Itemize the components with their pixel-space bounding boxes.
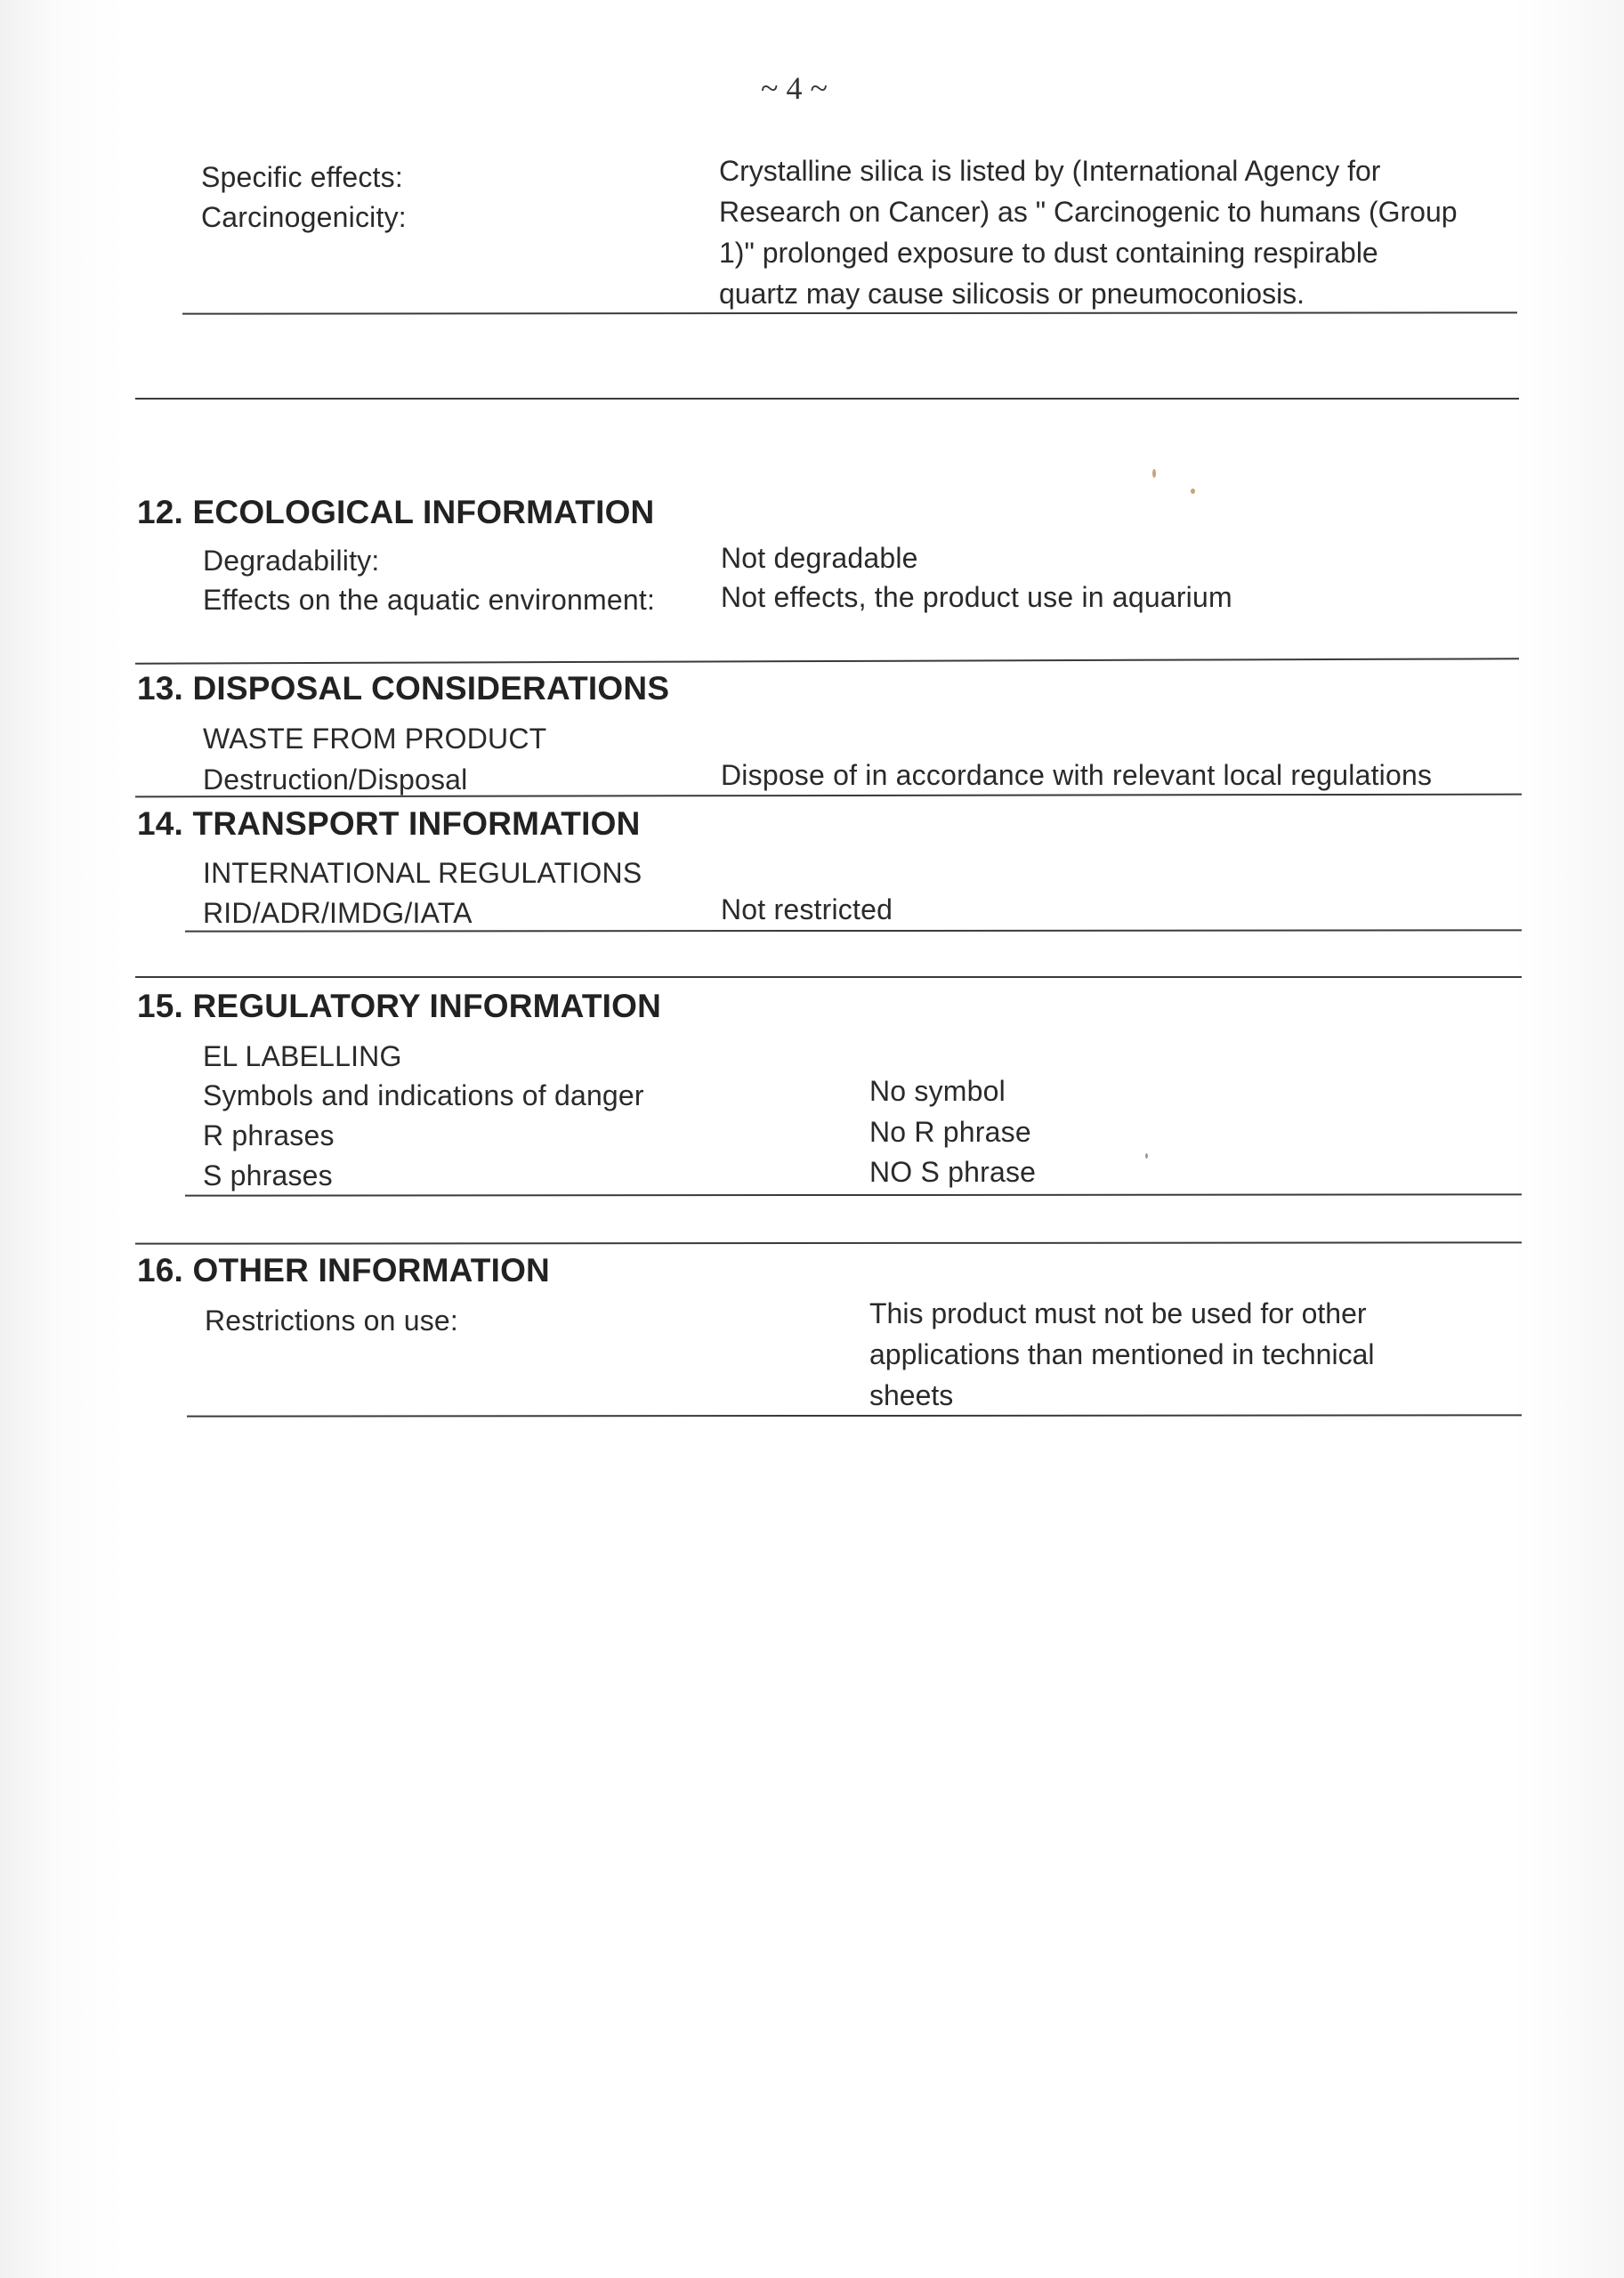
value-aquatic-effects: Not effects, the product use in aquarium [721, 577, 1232, 618]
label-carcinogenicity: Carcinogenicity: [201, 197, 407, 238]
label-degradability: Degradability: [203, 540, 379, 581]
label-restrictions-on-use: Restrictions on use: [205, 1300, 458, 1341]
divider [135, 658, 1519, 664]
divider [187, 1414, 1522, 1417]
value-symbols-danger: No symbol [869, 1070, 1006, 1111]
divider [182, 311, 1517, 314]
value-line: quartz may cause silicosis or pneumoconi… [719, 273, 1458, 314]
label-r-phrases: R phrases [203, 1115, 335, 1156]
label-specific-effects: Specific effects: [201, 157, 403, 198]
section-heading: 12. ECOLOGICAL INFORMATION [137, 494, 654, 531]
scan-speck [1191, 489, 1195, 494]
label-destruction-disposal: Destruction/Disposal [203, 759, 467, 800]
section-heading: 15. REGULATORY INFORMATION [137, 988, 661, 1025]
value-s-phrases: NO S phrase [869, 1151, 1036, 1192]
subheading-waste-from-product: WASTE FROM PRODUCT [203, 718, 546, 759]
subheading-el-labelling: EL LABELLING [203, 1036, 402, 1077]
value-r-phrases: No R phrase [869, 1111, 1031, 1152]
value-line: Crystalline silica is listed by (Interna… [719, 150, 1458, 191]
value-line: This product must not be used for other [869, 1293, 1374, 1334]
divider [135, 1241, 1522, 1244]
divider [185, 929, 1522, 932]
scan-speck [1152, 469, 1156, 478]
value-line: sheets [869, 1375, 1374, 1416]
page-number: ~ 4 ~ [761, 69, 828, 107]
scan-speck [1145, 1153, 1148, 1159]
value-degradability: Not degradable [721, 537, 918, 578]
label-symbols-danger: Symbols and indications of danger [203, 1075, 644, 1116]
value-line: applications than mentioned in technical [869, 1334, 1374, 1375]
document-page: ~ 4 ~ Specific effects: Carcinogenicity:… [0, 0, 1624, 2278]
divider [185, 1193, 1522, 1196]
label-aquatic-effects: Effects on the aquatic environment: [203, 579, 655, 620]
value-rid-adr-imdg-iata: Not restricted [721, 889, 893, 930]
section-heading: 14. TRANSPORT INFORMATION [137, 805, 641, 843]
value-line: 1)" prolonged exposure to dust containin… [719, 232, 1458, 273]
divider [135, 398, 1519, 400]
value-destruction-disposal: Dispose of in accordance with relevant l… [721, 755, 1432, 796]
carcinogenicity-value: Crystalline silica is listed by (Interna… [719, 150, 1458, 314]
value-line: Research on Cancer) as " Carcinogenic to… [719, 191, 1458, 232]
section-heading: 16. OTHER INFORMATION [137, 1252, 550, 1289]
divider [135, 976, 1522, 978]
value-restrictions-on-use: This product must not be used for other … [869, 1293, 1374, 1416]
label-s-phrases: S phrases [203, 1155, 333, 1196]
subheading-international-regulations: INTERNATIONAL REGULATIONS [203, 852, 642, 893]
section-heading: 13. DISPOSAL CONSIDERATIONS [137, 670, 669, 707]
label-rid-adr-imdg-iata: RID/ADR/IMDG/IATA [203, 893, 473, 933]
